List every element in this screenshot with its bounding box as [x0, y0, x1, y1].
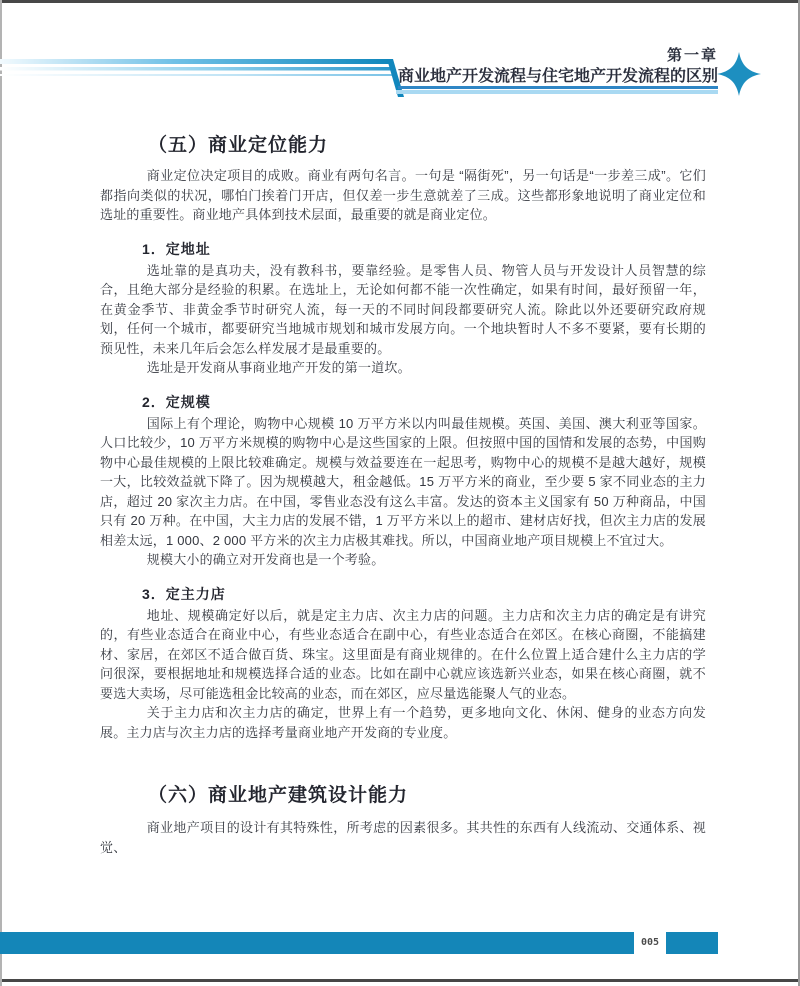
body-paragraph: 商业定位决定项目的成败。商业有两句名言。一句是 “隔街死”，另一句话是“一步差三… — [100, 166, 706, 225]
subsection-heading-1: 1．定地址 — [142, 241, 706, 258]
body-paragraph: 关于主力店和次主力店的确定，世界上有一个趋势，更多地向文化、休闲、健身的业态方向… — [100, 703, 706, 742]
subsection-heading-2: 2．定规模 — [142, 394, 706, 411]
book-page: 第一章 商业地产开发流程与住宅地产开发流程的区别 （五）商业定位能力 商业定位决… — [0, 0, 800, 986]
body-paragraph: 选址靠的是真功夫，没有教科书，要靠经验。是零售人员、物管人员与开发设计人员智慧的… — [100, 261, 706, 359]
body-paragraph: 规模大小的确立对开发商也是一个考验。 — [100, 550, 706, 570]
page-frame-left — [0, 0, 2, 986]
section-heading-5: （五）商业定位能力 — [148, 134, 706, 158]
subsection-heading-3: 3．定主力店 — [142, 586, 706, 603]
footer-accent-bar-long — [0, 932, 634, 954]
body-paragraph: 选址是开发商从事商业地产开发的第一道坎。 — [100, 358, 706, 378]
page-body: （五）商业定位能力 商业定位决定项目的成败。商业有两句名言。一句是 “隔街死”，… — [100, 134, 706, 857]
section-heading-6: （六）商业地产建筑设计能力 — [148, 784, 706, 808]
chapter-number: 第一章 — [667, 44, 718, 65]
page-frame-bottom — [0, 979, 800, 982]
footer-accent-bar-short — [666, 932, 718, 954]
page-number: 005 — [636, 932, 664, 954]
chapter-title: 商业地产开发流程与住宅地产开发流程的区别 — [398, 63, 718, 86]
body-paragraph: 地址、规模确定好以后，就是定主力店、次主力店的问题。主力店和次主力店的确定是有讲… — [100, 606, 706, 704]
sparkle-icon — [716, 51, 762, 97]
body-paragraph: 商业地产项目的设计有其特殊性，所考虑的因素很多。其共性的东西有人线流动、交通体系… — [100, 818, 706, 857]
body-paragraph: 国际上有个理论，购物中心规模 10 万平方米以内叫最佳规模。英国、美国、澳大利亚… — [100, 414, 706, 551]
